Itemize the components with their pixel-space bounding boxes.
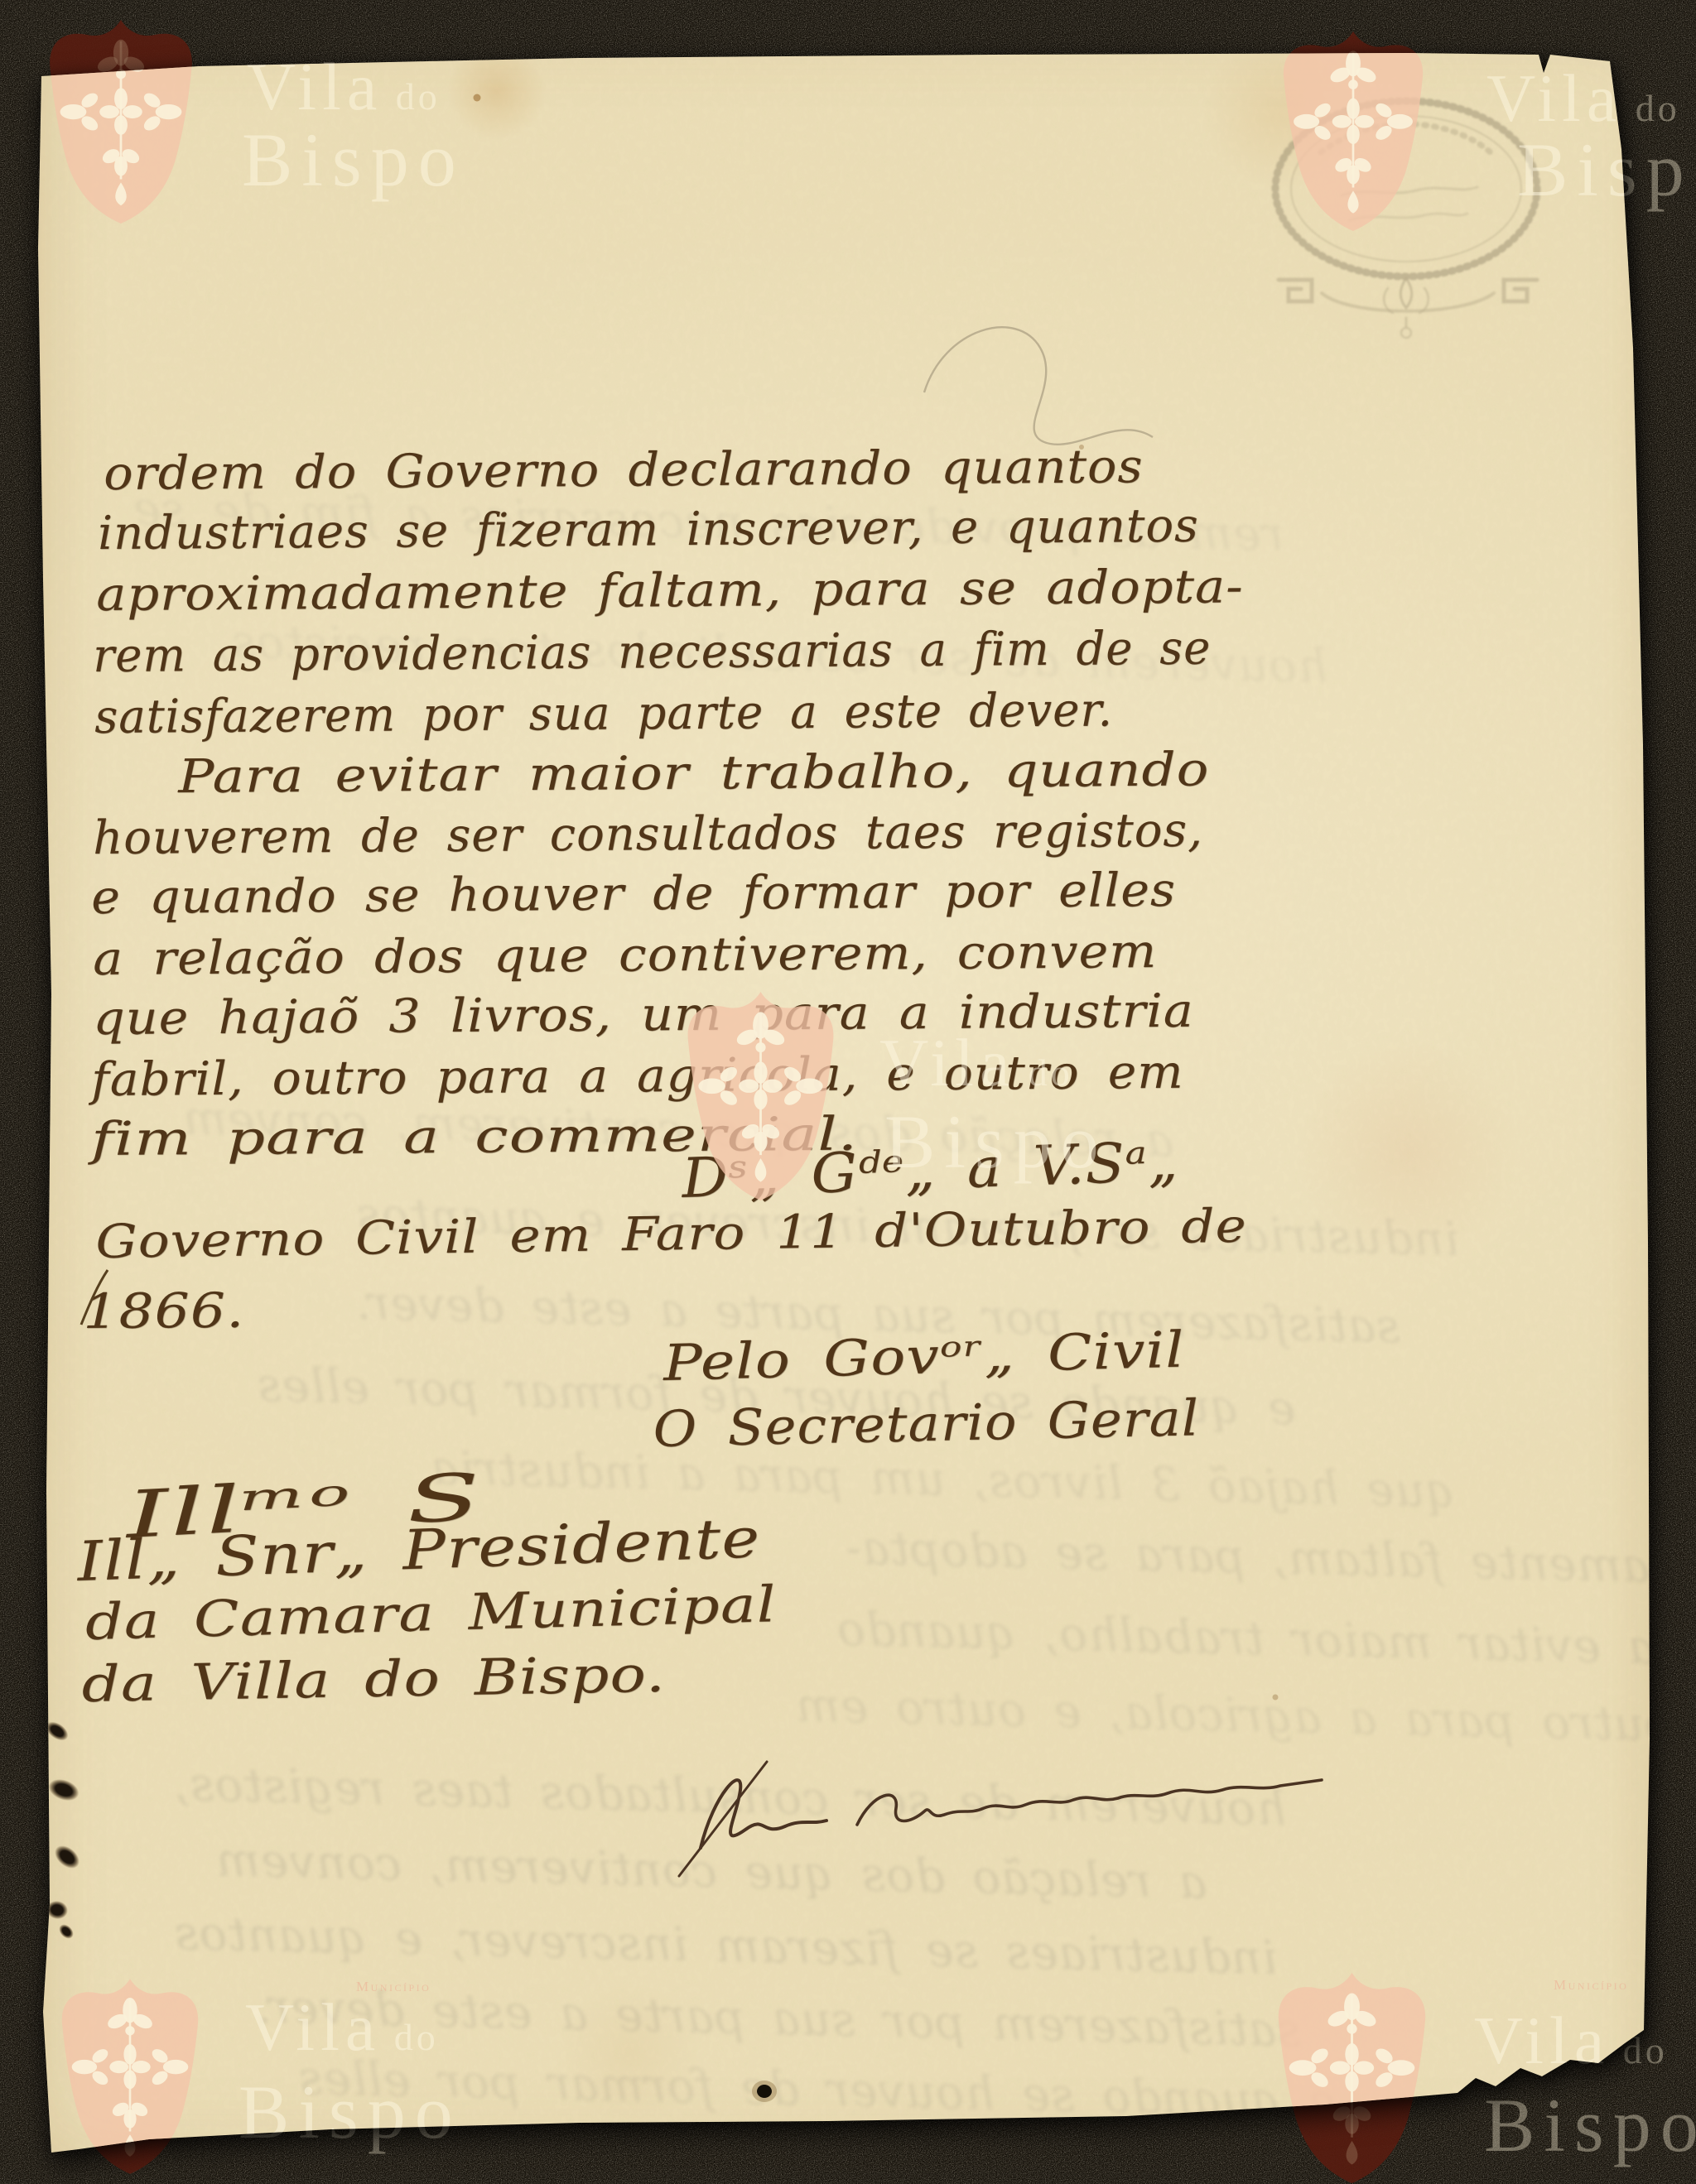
- document-scan: Vila doBispoVila doBispoVila doBispoMuni…: [0, 0, 1696, 2184]
- ink-hole: [757, 2085, 772, 2098]
- paper-sheet: rem as providencias necessarias a fim de…: [0, 0, 1696, 2184]
- decorations: [0, 0, 1696, 2184]
- foxing-speck: [1079, 445, 1084, 450]
- foxing-speck: [1273, 1695, 1279, 1701]
- watermark-word-do: do: [1622, 87, 1680, 129]
- ink-flourish: [81, 1270, 108, 1325]
- foxing-speck: [474, 94, 481, 102]
- watermark-word-bispo: Bispo: [1484, 2081, 1696, 2169]
- signature-scribble: [679, 1762, 1322, 1876]
- pencil-flourish: [924, 327, 1153, 445]
